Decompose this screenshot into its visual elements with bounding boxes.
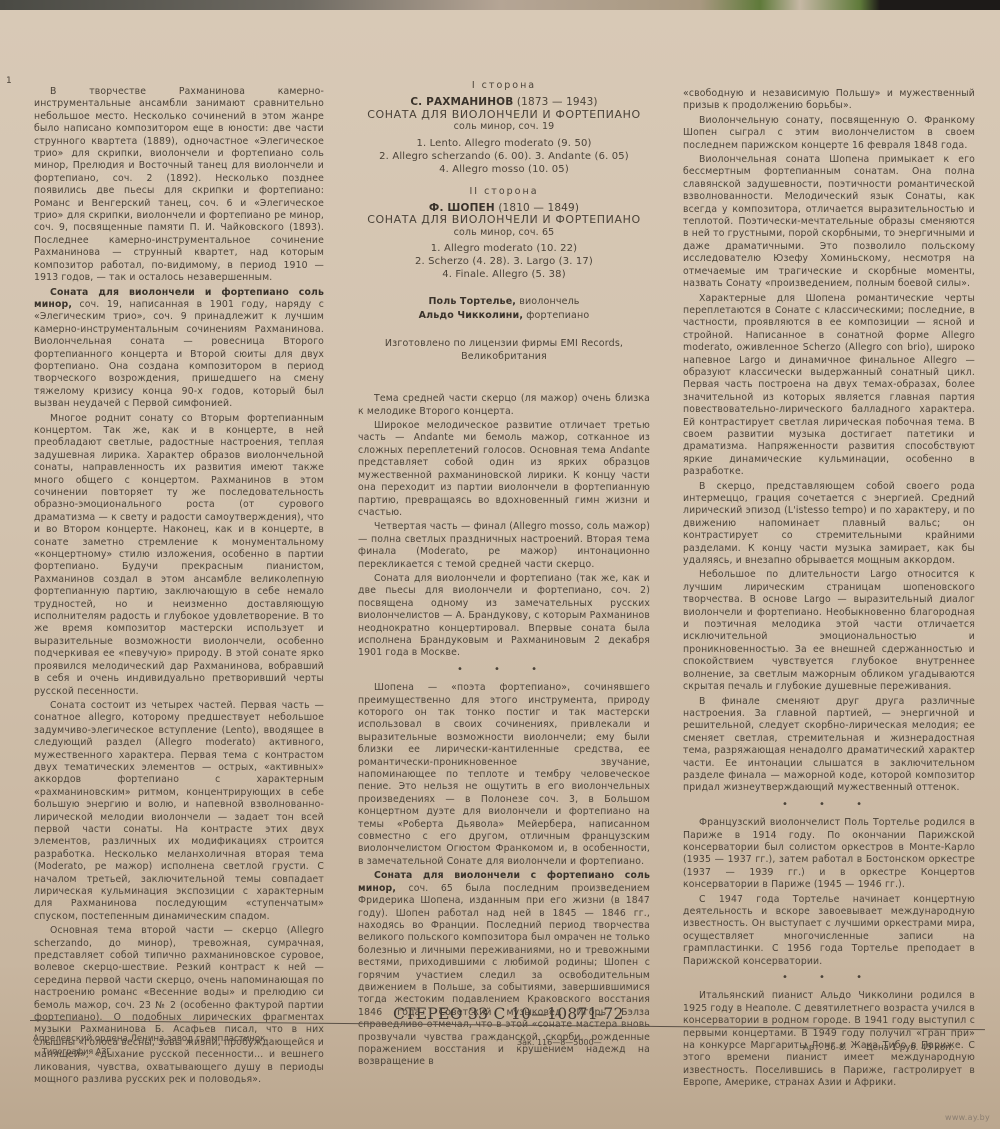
page-marker: 1 bbox=[6, 76, 12, 86]
print-shop: Типография АЗГ bbox=[42, 1047, 111, 1056]
paragraph: В скерцо, представляющем собой своего ро… bbox=[683, 481, 975, 568]
paragraph: Небольшое по длительности Largo относитс… bbox=[683, 569, 975, 693]
paragraph: В финале сменяют друг друга различные на… bbox=[683, 696, 975, 795]
intro-paragraph: В творчестве Рахманинова камерно-инструм… bbox=[34, 86, 324, 285]
side-2-track: 1. Allegro moderato (10. 22) bbox=[358, 242, 650, 255]
paragraph: Соната для виолончели и фортепиано (так … bbox=[358, 573, 650, 660]
side-2-label: II сторона bbox=[358, 186, 650, 198]
performer-cellist: Поль Тортелье, виолончель bbox=[358, 295, 650, 309]
paragraph: Тема средней части скерцо (ля мажор) оче… bbox=[358, 393, 650, 418]
section-separator: • • • bbox=[683, 972, 975, 984]
side-2-work-title: СОНАТА ДЛЯ ВИОЛОНЧЕЛИ И ФОРТЕПИАНО bbox=[358, 214, 650, 226]
paragraph: Виолончельная соната Шопена примыкает к … bbox=[683, 154, 975, 290]
price: Цена 1 руб. 45 коп. bbox=[866, 1043, 954, 1053]
movements-paragraph: Соната состоит из четырех частей. Первая… bbox=[34, 700, 324, 923]
paragraph: Характерные для Шопена романтические чер… bbox=[683, 293, 975, 479]
catalog-number: СТЕРЕО 33 С 10—10871-72 bbox=[393, 1005, 624, 1023]
paragraph: Виолончельную сонату, посвященную О. Фра… bbox=[683, 115, 975, 152]
side-1-track: 4. Allegro mosso (10. 05) bbox=[358, 163, 650, 176]
section-separator: • • • bbox=[358, 664, 650, 676]
paragraph: Широкое мелодическое развитие отличает т… bbox=[358, 420, 650, 519]
side-2-track: 4. Finale. Allegro (5. 38) bbox=[358, 268, 650, 281]
section-separator: • • • bbox=[683, 799, 975, 811]
license-notice: Изготовлено по лицензии фирмы EMI Record… bbox=[358, 337, 650, 363]
scherzo-paragraph: Основная тема второй части — скерцо (All… bbox=[34, 925, 324, 1086]
chopin-paragraph: Шопена — «поэта фортепиано», сочинявшего… bbox=[358, 682, 650, 868]
side-1-composer: С. РАХМАНИНОВ (1873 — 1943) bbox=[358, 96, 650, 108]
side-1-track: 1. Lento. Allegro moderato (9. 50) bbox=[358, 137, 650, 150]
concerto-comparison-paragraph: Многое роднит сонату со Вторым фортепиан… bbox=[34, 413, 324, 698]
side-1-label: I сторона bbox=[358, 80, 650, 92]
watermark: www.ay.by bbox=[945, 1113, 990, 1122]
side-1-work-title: СОНАТА ДЛЯ ВИОЛОНЧЕЛИ И ФОРТЕПИАНО bbox=[358, 109, 650, 121]
photo-background-strip bbox=[0, 0, 1000, 10]
tortelier-bio: Французский виолончелист Поль Тортелье р… bbox=[683, 817, 975, 891]
middle-column: I сторона С. РАХМАНИНОВ (1873 — 1943) СО… bbox=[358, 80, 650, 1071]
right-column: «свободную и независимую Польшу» и мужес… bbox=[683, 88, 975, 1092]
tortelier-bio: С 1947 года Тортелье начинает концертную… bbox=[683, 894, 975, 968]
paragraph: «свободную и независимую Польшу» и мужес… bbox=[683, 88, 975, 113]
performer-pianist: Альдо Чикколини, фортепиано bbox=[358, 309, 650, 323]
side-2-key: соль минор, соч. 65 bbox=[358, 227, 650, 239]
article-number: Арт. 36-8. bbox=[803, 1043, 847, 1053]
manufacturer: Апрелевский ордена Ленина завод грамплас… bbox=[33, 1034, 268, 1044]
record-sleeve-back: 1 В творчестве Рахманинова камерно-инстр… bbox=[0, 10, 1000, 1129]
left-column: В творчестве Рахманинова камерно-инструм… bbox=[34, 86, 324, 1089]
order-number: Зак. 116—8—5000— bbox=[517, 1038, 602, 1047]
chopin-sonata-paragraph: Соната для виолончели с фортепиано соль … bbox=[358, 870, 650, 1069]
side-1-track: 2. Allegro scherzando (6. 00). 3. Andant… bbox=[358, 150, 650, 163]
rachmaninoff-sonata-paragraph: Соната для виолончели и фортепиано соль … bbox=[34, 287, 324, 411]
side-2-track: 2. Scherzo (4. 28). 3. Largo (3. 17) bbox=[358, 255, 650, 268]
paragraph: Четвертая часть — финал (Allegro mosso, … bbox=[358, 521, 650, 571]
ciccolini-bio: Итальянский пианист Альдо Чикколини роди… bbox=[683, 990, 975, 1089]
side-1-key: соль минор, соч. 19 bbox=[358, 121, 650, 133]
